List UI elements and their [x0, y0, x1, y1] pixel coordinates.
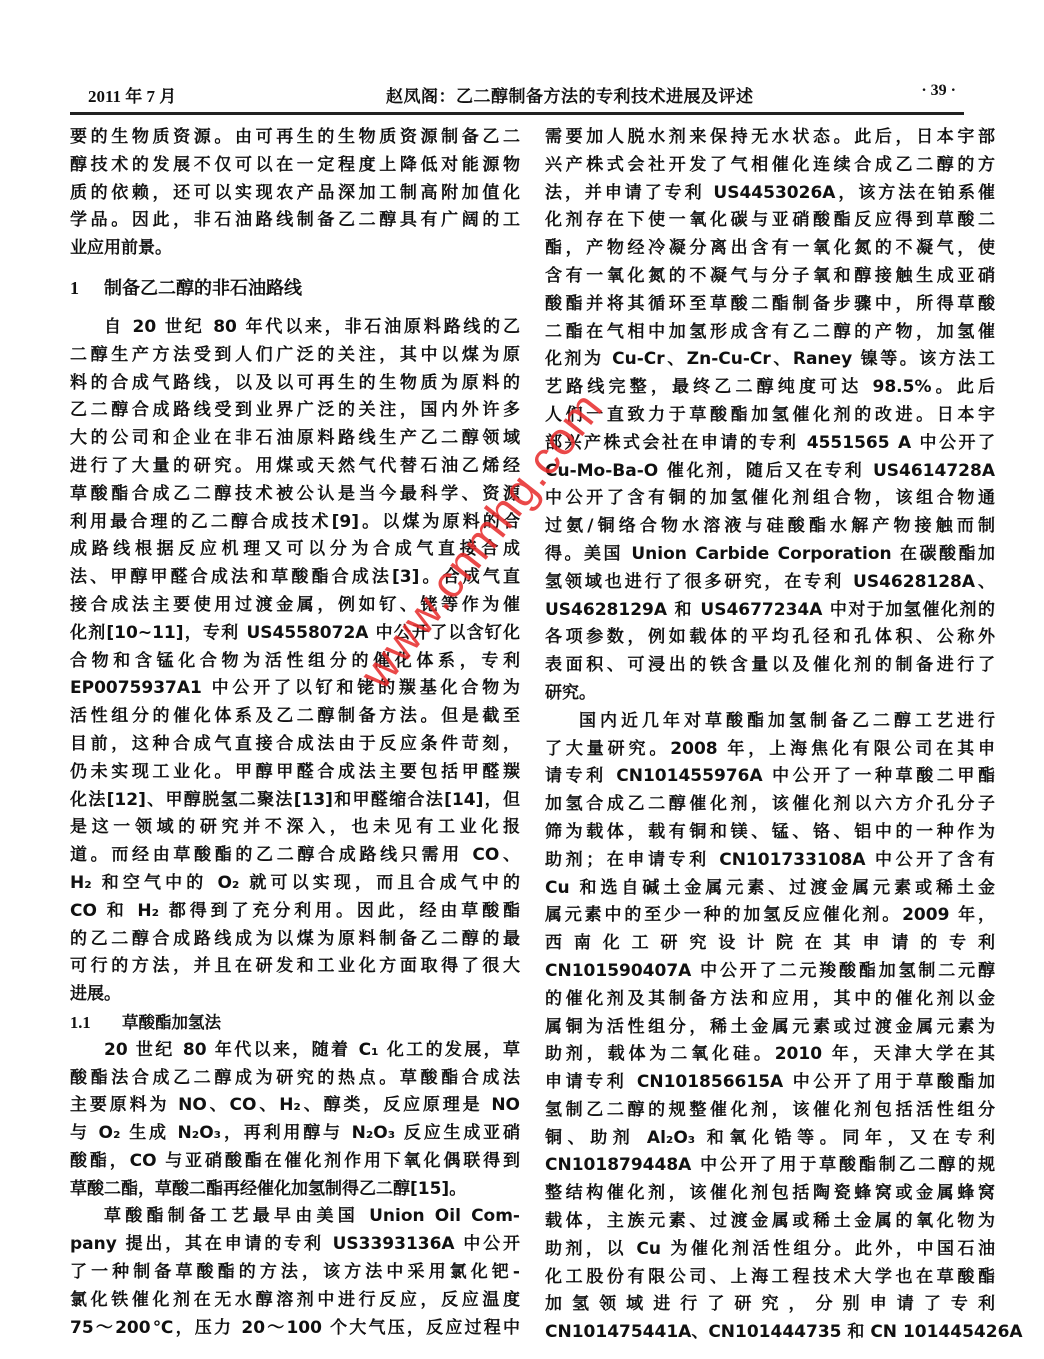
text-line: 氢领域也进行了很多研究，在专利 US4628128A、	[545, 569, 995, 597]
text-line: 国内近几年对草酸酯加氢制备乙二醇工艺进行	[545, 708, 995, 736]
text-line: 西南化工研究设计院在其申请的专利	[545, 930, 995, 958]
text-line: 学品。因此，非石油路线制备乙二醇具有广阔的工	[70, 207, 520, 235]
text-line: 法，并申请了专利 US4453026A，该方法在铂系催	[545, 180, 995, 208]
text-line: EP0075937A1 中公开了以钌和铑的羰基化合物为	[70, 675, 520, 703]
text-line: 利用最合理的乙二醇合成技术[9]。以煤为原料的合	[70, 509, 520, 537]
text-line: 属元素中的至少一种的加氢反应催化剂。2009 年，	[545, 902, 995, 930]
section-1-1-paragraph-2: 草酸酯制备工艺最早由美国 Union Oil Com-pany 提出，其在申请的…	[70, 1203, 520, 1342]
continued-paragraph: 需要加人脱水剂来保持无水状态。此后，日本宇部兴产株式会社开发了气相催化连续合成乙…	[545, 124, 995, 708]
text-line: 过氨/铜络合物水溶液与硅酸酯水解产物接触而制	[545, 513, 995, 541]
text-line: 请专利 CN101455976A 中公开了一种草酸二甲酯	[545, 763, 995, 791]
left-column: 要的生物质资源。由可再生的生物质资源制备乙二醇技术的发展不仅可以在一定程度上降低…	[70, 124, 520, 1342]
text-line: 酸酯法合成乙二醇成为研究的热点。草酸酯合成法	[70, 1065, 520, 1093]
text-line: 各项参数，例如载体的平均孔径和孔体积、公称外	[545, 624, 995, 652]
section-1-1-heading: 1.1草酸酯加氢法	[70, 1009, 520, 1037]
text-line: 需要加人脱水剂来保持无水状态。此后，日本宇部	[545, 124, 995, 152]
text-line: CN101590407A 中公开了二元羧酸酯加氢制二元醇	[545, 958, 995, 986]
text-line: 含有一氧化氮的不凝气与分子氧和醇接触生成亚硝	[545, 263, 995, 291]
text-line: 申请专利 CN101856615A 中公开了用于草酸酯加	[545, 1069, 995, 1097]
subsection-title: 草酸酯加氢法	[122, 1013, 221, 1032]
text-line: 人们一直致力于草酸酯加氢催化剂的改进。日本宇	[545, 402, 995, 430]
text-line: 了一种制备草酸酯的方法，该方法中采用氯化钯-	[70, 1259, 520, 1287]
running-header: 2011 年 7 月 赵凤阁：乙二醇制备方法的专利技术进展及评述 · 39 ·	[70, 80, 970, 110]
subsection-number: 1.1	[70, 1009, 122, 1037]
text-line: 业应用前景。	[70, 235, 520, 263]
page-number: · 39 ·	[921, 82, 956, 100]
section-1-heading: 1制备乙二醇的非石油路线	[70, 273, 520, 304]
text-line: 进展。	[70, 981, 520, 1009]
right-column: 需要加人脱水剂来保持无水状态。此后，日本宇部兴产株式会社开发了气相催化连续合成乙…	[545, 124, 995, 1347]
text-line: 醇技术的发展不仅可以在一定程度上降低对能源物	[70, 152, 520, 180]
text-line: 的乙二醇合成路线成为以煤为原料制备乙二醇的最	[70, 926, 520, 954]
text-line: 整结构催化剂，该催化剂包括陶瓷蜂窝或金属蜂窝	[545, 1180, 995, 1208]
issue-date: 2011 年 7 月	[88, 82, 176, 107]
text-line: 合物和含锰化合物为活性组分的催化体系，专利	[70, 648, 520, 676]
text-line: 酸酯并将其循环至草酸二酯制备步骤中，所得草酸	[545, 291, 995, 319]
text-line: 化法[12]、甲醇脱氢二聚法[13]和甲醛缩合法[14]，但	[70, 787, 520, 815]
text-line: 得。美国 Union Carbide Corporation 在碳酸酯加	[545, 541, 995, 569]
text-line: 酸酯，CO 与亚硝酸酯在催化剂作用下氧化偶联得到	[70, 1148, 520, 1176]
text-line: 助剂，载体为二氧化硅。2010 年，天津大学在其	[545, 1041, 995, 1069]
text-line: 铜、助剂 Al₂O₃ 和氧化锆等。同年，又在专利	[545, 1125, 995, 1153]
text-line: pany 提出，其在申请的专利 US3393136A 中公开	[70, 1231, 520, 1259]
text-line: CN101475441A、CN101444735 和 CN 101445426A	[545, 1319, 995, 1347]
text-line: Cu 和选自碱土金属元素、过渡金属元素或稀土金	[545, 875, 995, 903]
text-line: 质的依赖，还可以实现农产品深加工制高附加值化	[70, 180, 520, 208]
text-line: 要的生物质资源。由可再生的生物质资源制备乙二	[70, 124, 520, 152]
text-line: 接合成法主要使用过渡金属，例如钌、铑等作为催	[70, 592, 520, 620]
text-line: 属铜为活性组分，稀土金属元素或过渡金属元素为	[545, 1014, 995, 1042]
text-line: 与 O₂ 生成 N₂O₃，再利用醇与 N₂O₃ 反应生成亚硝	[70, 1120, 520, 1148]
text-line: 化工股份有限公司、上海工程技术大学也在草酸酯	[545, 1264, 995, 1292]
text-line: 草酸酯制备工艺最早由美国 Union Oil Com-	[70, 1203, 520, 1231]
text-line: 活性组分的催化体系及乙二醇制备方法。但是截至	[70, 703, 520, 731]
text-line: 加氢领域进行了研究，分别申请了专利	[545, 1291, 995, 1319]
text-line: 化剂[10~11]，专利 US4558072A 中公开了以含钌化	[70, 620, 520, 648]
text-line: 筛为载体，载有铜和镁、锰、铬、铝中的一种作为	[545, 819, 995, 847]
text-line: 表面积、可浸出的铁含量以及催化剂的制备进行了	[545, 652, 995, 680]
text-line: 大的公司和企业在非石油原料路线生产乙二醇领域	[70, 425, 520, 453]
header-rule	[70, 112, 964, 115]
section-1-1-paragraph-1: 20 世纪 80 年代以来，随着 C₁ 化工的发展，草酸酯法合成乙二醇成为研究的…	[70, 1037, 520, 1204]
text-line: CO 和 H₂ 都得到了充分利用。因此，经由草酸酯	[70, 898, 520, 926]
text-line: 道。而经由草酸酯的乙二醇合成路线只需用 CO、	[70, 842, 520, 870]
text-line: 草酸酯合成乙二醇技术被公认是当今最科学、资源	[70, 481, 520, 509]
text-line: 法、甲醇甲醛合成法和草酸酯合成法[3]。合成气直	[70, 564, 520, 592]
text-line: 的催化剂及其制备方法和应用，其中的催化剂以金	[545, 986, 995, 1014]
text-line: 艺路线完整，最终乙二醇纯度可达 98.5%。此后	[545, 374, 995, 402]
text-line: 草酸二酯，草酸二酯再经催化加氢制得乙二醇[15]。	[70, 1176, 520, 1204]
section-1-paragraph: 自 20 世纪 80 年代以来，非石油原料路线的乙二醇生产方法受到人们广泛的关注…	[70, 314, 520, 1009]
text-line: 目前，这种合成气直接合成法由于反应条件苛刻，	[70, 731, 520, 759]
intro-paragraph: 要的生物质资源。由可再生的生物质资源制备乙二醇技术的发展不仅可以在一定程度上降低…	[70, 124, 520, 263]
section-title: 制备乙二醇的非石油路线	[104, 278, 302, 299]
text-line: 自 20 世纪 80 年代以来，非石油原料路线的乙	[70, 314, 520, 342]
text-line: US4628129A 和 US4677234A 中对于加氢催化剂的	[545, 597, 995, 625]
text-line: 可行的方法，并且在研发和工业化方面取得了很大	[70, 953, 520, 981]
section-number: 1	[70, 273, 104, 303]
text-line: 料的合成气路线，以及以可再生的生物质为原料的	[70, 370, 520, 398]
text-line: 进行了大量的研究。用煤或天然气代替石油乙烯经	[70, 453, 520, 481]
text-line: 助剂；在申请专利 CN101733108A 中公开了含有	[545, 847, 995, 875]
text-line: 氯化铁催化剂在无水醇溶剂中进行反应，反应温度	[70, 1287, 520, 1315]
text-line: 成路线根据反应机理又可以分为合成气直接合成	[70, 536, 520, 564]
text-line: Cu-Mo-Ba-O 催化剂，随后又在专利 US4614728A	[545, 458, 995, 486]
text-line: 部兴产株式会社在申请的专利 4551565 A 中公开了	[545, 430, 995, 458]
text-line: 酯，产物经冷凝分离出含有一氧化氮的不凝气，使	[545, 235, 995, 263]
text-line: 主要原料为 NO、CO、H₂、醇类，反应原理是 NO	[70, 1092, 520, 1120]
text-line: 化剂为 Cu-Cr、Zn-Cu-Cr、Raney 镍等。该方法工	[545, 346, 995, 374]
text-line: 是这一领域的研究并不深入，也未见有工业化报	[70, 814, 520, 842]
text-line: 仍未实现工业化。甲醇甲醛合成法主要包括甲醛羰	[70, 759, 520, 787]
text-line: H₂ 和空气中的 O₂ 就可以实现，而且合成气中的	[70, 870, 520, 898]
text-line: 载体，主族元素、过渡金属或稀土金属的氧化物为	[545, 1208, 995, 1236]
text-line: 氢制乙二醇的规整催化剂，该催化剂包括活性组分	[545, 1097, 995, 1125]
text-line: 二醇生产方法受到人们广泛的关注，其中以煤为原	[70, 342, 520, 370]
text-line: 加氢合成乙二醇催化剂，该催化剂以六方介孔分子	[545, 791, 995, 819]
text-line: CN101879448A 中公开了用于草酸酯制乙二醇的规	[545, 1152, 995, 1180]
text-line: 了大量研究。2008 年，上海焦化有限公司在其申	[545, 736, 995, 764]
text-line: 二酯在气相中加氢形成含有乙二醇的产物，加氢催	[545, 319, 995, 347]
text-line: 中公开了含有铜的加氢催化剂组合物，该组合物通	[545, 485, 995, 513]
article-running-title: 赵凤阁：乙二醇制备方法的专利技术进展及评述	[386, 82, 754, 107]
text-line: 化剂存在下使一氧化碳与亚硝酸酯反应得到草酸二	[545, 207, 995, 235]
text-line: 乙二醇合成路线受到业界广泛的关注，国内外许多	[70, 397, 520, 425]
text-line: 助剂，以 Cu 为催化剂活性组分。此外，中国石油	[545, 1236, 995, 1264]
text-line: 75～200℃，压力 20～100 个大气压，反应过程中	[70, 1315, 520, 1343]
text-line: 兴产株式会社开发了气相催化连续合成乙二醇的方	[545, 152, 995, 180]
text-line: 20 世纪 80 年代以来，随着 C₁ 化工的发展，草	[70, 1037, 520, 1065]
domestic-research-paragraph: 国内近几年对草酸酯加氢制备乙二醇工艺进行了大量研究。2008 年，上海焦化有限公…	[545, 708, 995, 1347]
text-line: 研究。	[545, 680, 995, 708]
